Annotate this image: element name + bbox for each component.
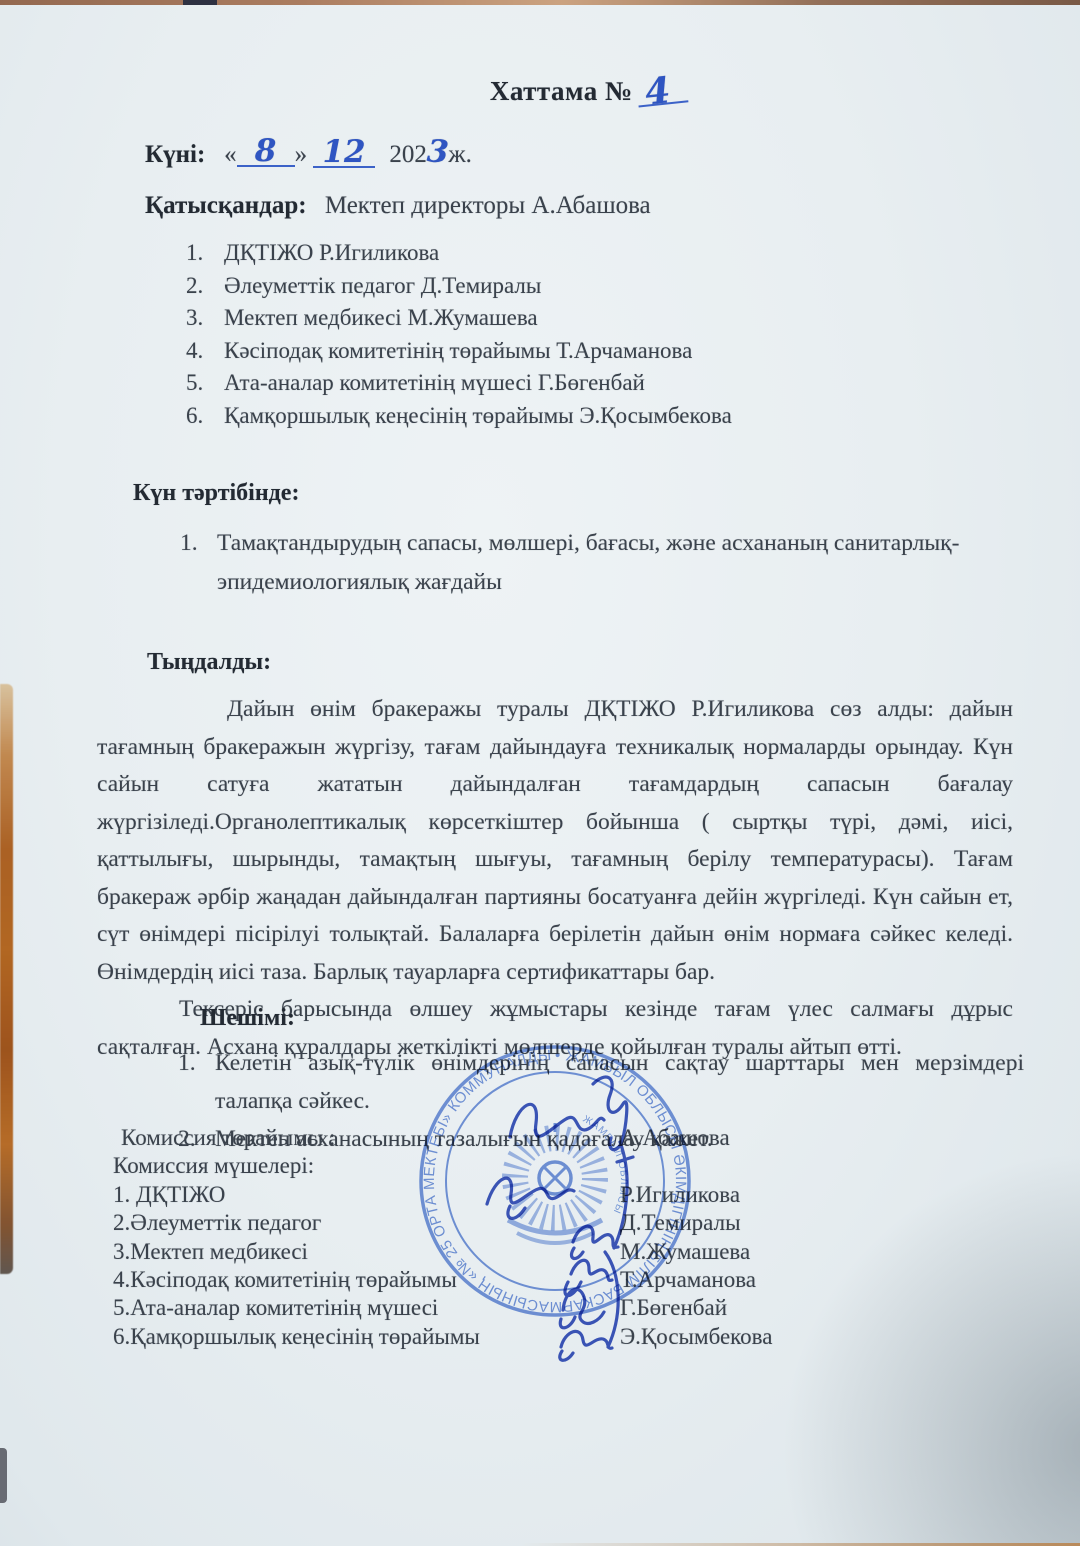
decision-heading-text: Шешімі:	[200, 1005, 295, 1031]
attendee-row: 5.Ата-аналар комитетінің мүшесі Г.Бөгенб…	[186, 367, 732, 400]
attendee-number: 4.	[186, 335, 224, 368]
date-line: Күні: «8»12 2023ж.	[145, 134, 472, 170]
attendee-row: 1.ДҚТІЖО Р.Игиликова	[186, 237, 732, 270]
date-label: Күні:	[145, 141, 205, 168]
heard-paragraph-1: Дайын өнім бракеражы туралы ДҚТІЖО Р.Иги…	[97, 691, 1013, 991]
attendee-number: 2.	[186, 270, 224, 303]
attendee-text: Ата-аналар комитетінің мүшесі Г.Бөгенбай	[224, 367, 645, 400]
photo-edge-top-dark-spot	[183, 0, 217, 5]
photo-edge-top	[0, 0, 1080, 5]
signature-kosymbekova	[560, 1331, 612, 1360]
agenda-list: 1.Тамақтандырудың сапасы, мөлшері, бағас…	[180, 524, 1008, 602]
attendee-number: 5.	[186, 367, 224, 400]
agenda-item-text: Тамақтандырудың сапасы, мөлшері, бағасы,…	[217, 524, 1008, 602]
document-title: Хаттама №4	[490, 76, 686, 106]
document-title-line: Хаттама №4	[0, 76, 1080, 107]
date-year-digit-handwritten: 3	[426, 133, 450, 170]
decision-heading: Шешімі:	[200, 1005, 295, 1032]
signature-temiraly	[571, 1226, 618, 1258]
heard-heading: Тыңдалды:	[147, 649, 271, 676]
attendees-list: 1.ДҚТІЖО Р.Игиликова 2.Әлеуметтік педаго…	[186, 237, 732, 432]
agenda-heading-text: Күн тәртібінде:	[133, 480, 299, 506]
signatures-overlay	[405, 1062, 725, 1362]
heard-heading-text: Тыңдалды:	[147, 649, 271, 675]
participants-label: Қатысқандар:	[145, 192, 307, 219]
attendee-row: 4.Кәсіподақ комитетінің төрайымы Т.Арчам…	[186, 335, 732, 368]
signature-descender-2	[605, 1252, 618, 1347]
date-open-quote: «	[224, 141, 237, 168]
participants-value: Мектеп директоры А.Абашова	[325, 192, 651, 219]
attendee-text: Қамқоршылық кеңесінің төрайымы Э.Қосымбе…	[224, 400, 732, 433]
photographed-page: Хаттама №4 Күні: «8»12 2023ж. Қатысқанда…	[0, 0, 1080, 1546]
photo-edge-left-strip	[0, 684, 13, 1274]
attendee-text: Әлеуметтік педагог Д.Темиралы	[224, 270, 541, 303]
title-label: Хаттама №	[490, 76, 633, 106]
attendee-number: 1.	[186, 237, 224, 270]
attendee-text: Кәсіподақ комитетінің төрайымы Т.Арчаман…	[224, 335, 692, 368]
date-year-printed: 202	[389, 141, 427, 168]
date-month-handwritten: 12	[322, 134, 365, 170]
signature-chair-abashova	[510, 1104, 604, 1137]
attendee-text: ДҚТІЖО Р.Игиликова	[224, 237, 439, 270]
agenda-heading: Күн тәртібінде:	[133, 480, 299, 507]
participants-line: Қатысқандар: Мектеп директоры А.Абашова	[145, 192, 651, 220]
signature-chair-flourish	[593, 1077, 627, 1150]
signature-igilikova	[487, 1178, 574, 1218]
date-month-blank: 12	[313, 141, 375, 168]
agenda-item-number: 1.	[180, 524, 217, 602]
attendee-row: 2.Әлеуметтік педагог Д.Темиралы	[186, 270, 732, 303]
attendee-row: 3.Мектеп медбикесі М.Жумашева	[186, 302, 732, 335]
agenda-item: 1.Тамақтандырудың сапасы, мөлшері, бағас…	[180, 524, 1008, 602]
signature-descender-1	[614, 1142, 627, 1248]
date-close-quote: »	[295, 141, 308, 168]
date-day-handwritten: 8	[255, 133, 277, 169]
signature-bogenbay	[560, 1289, 604, 1328]
photo-shadow-bottom-right	[780, 1150, 1080, 1546]
photo-edge-left-dark-mark	[0, 1448, 7, 1503]
attendee-row: 6.Қамқоршылық кеңесінің төрайымы Э.Қосым…	[186, 400, 732, 433]
attendee-text: Мектеп медбикесі М.Жумашева	[224, 302, 538, 335]
attendee-number: 6.	[186, 400, 224, 433]
date-year-suffix: ж.	[448, 141, 472, 168]
attendee-number: 3.	[186, 302, 224, 335]
decision-item-number: 1.	[178, 1044, 215, 1120]
date-day-blank: 8	[237, 140, 295, 167]
protocol-number-handwritten: 4	[636, 78, 688, 107]
